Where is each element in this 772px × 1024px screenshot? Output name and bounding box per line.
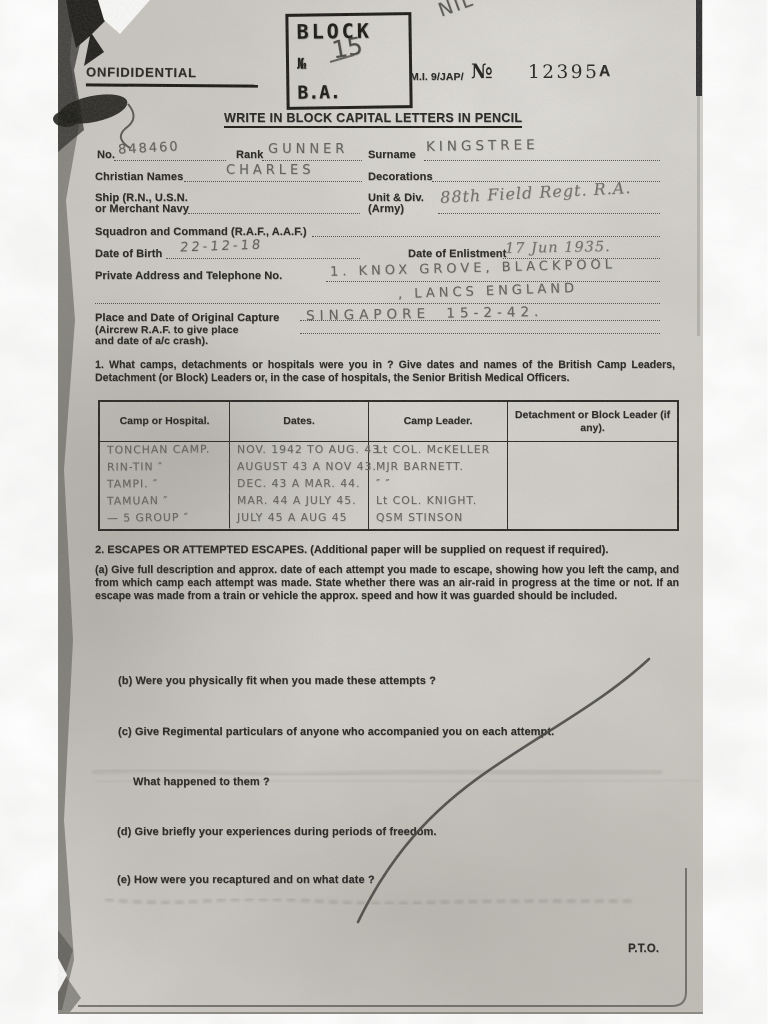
field-enlistment-value: 17 Jun 1935. [505,239,611,257]
table-row: TONCHAN CAMP. [100,441,230,459]
field-dob-value: 22-12-18 [179,238,264,256]
table-header-dates: Dates. [230,402,369,442]
table-row: TAMUAN ″ [100,492,230,510]
section-2c2-text: What happened to them ? [133,776,270,788]
field-no-value: 848460 [118,139,180,157]
confidential-stamp: ONFIDIDENTIAL [86,63,258,87]
field-christian-names-value: CHARLES [226,163,315,178]
field-decorations-label: Decorations [368,171,433,183]
mi9-reference: M.I. 9/JAP/ [410,71,464,83]
field-enlistment-label: Date of Enlistment [408,248,506,260]
serial-number: 12395 [528,62,599,83]
field-no-label: No. [97,149,115,161]
pto-label: P.T.O. [628,943,659,955]
table-row: RIN-TIN ″ [100,458,230,476]
field-dob-label: Date of Birth [95,248,162,260]
question-1-text: 1. What camps, detachments or hospitals … [95,359,675,385]
field-capture-label-1: Place and Date of Original Capture [95,312,279,324]
section-2b-text: (b) Were you physically fit when you mad… [118,675,436,687]
camps-table: Camp or Hospital. Dates. Camp Leader. De… [98,400,679,531]
section-2e-text: (e) How were you recaptured and on what … [117,874,375,886]
section-2c-text: (c) Give Regimental particulars of anyon… [118,726,554,738]
field-christian-names-label: Christian Names [95,171,183,183]
scanned-pow-questionnaire: ONFIDIDENTIAL BLOCK № B.A. 15 M.I. 9/JAP… [0,0,772,1024]
table-row: TAMPI. ″ [100,475,230,493]
section-2d-text: (d) Give briefly your experiences during… [117,826,437,838]
table-header-camp: Camp or Hospital. [100,402,230,442]
field-surname-value: KINGSTREE [426,137,539,155]
field-rank-value: GUNNER [268,142,348,157]
field-squadron-label: Squadron and Command (R.A.F., A.A.F.) [95,226,307,238]
series-letter: A [599,63,610,81]
field-ship-label-2: or Merchant Navy [95,203,189,215]
section-2-heading: 2. ESCAPES OR ATTEMPTED ESCAPES. (Additi… [95,544,608,556]
stamp-ba: B.A. [297,81,401,103]
table-header-leader: Camp Leader. [369,402,508,442]
field-rank-label: Rank [236,149,263,161]
stamp-block-number-handwritten: 15 [330,32,365,65]
number-glyph: № [471,59,493,83]
field-surname-label: Surname [368,149,416,161]
form-instruction: WRITE IN BLOCK CAPITAL LETTERS IN PENCIL [224,111,522,128]
table-header-detachment: Detachment or Block Leader (if any). [508,402,677,442]
confidential-text: ONFIDIDENTIAL [86,64,197,80]
field-capture-label-3: and date of a/c crash). [95,335,208,347]
field-address-label: Private Address and Telephone No. [95,270,282,282]
section-2a-text: (a) Give full description and approx. da… [95,564,679,603]
field-unit-label-2: (Army) [368,203,404,215]
table-row: — 5 GROUP ″ [100,509,230,529]
